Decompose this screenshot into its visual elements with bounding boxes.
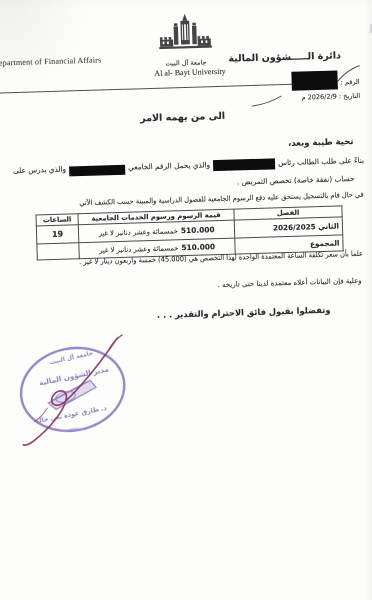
student-id-redaction-box (69, 164, 125, 176)
closing-line: وتفضلوا بقبول فائق الاحترام والتقدير . .… (157, 305, 331, 320)
ref-redaction-box (291, 70, 338, 90)
letter-title: الى من يهمه الامر (0, 107, 369, 129)
department-name-en: Department of Financial Affairs (0, 55, 102, 67)
total-amount: 510.000 (181, 242, 215, 252)
fee-amount-words: خمسمائة وعشر دنانير لا غير (98, 227, 178, 237)
department-name-ar: دائرة الـــــشؤون المالية (228, 50, 341, 64)
document-content: Department of Financial Affairs (0, 0, 372, 600)
total-hours-cell (37, 243, 79, 260)
university-castle-icon (157, 12, 214, 56)
body-line-2: حساب (نفقة خاصة) تخصص التمريض . (237, 174, 355, 186)
fee-amount: 510.000 (181, 225, 215, 235)
university-logo-block: جامعة آل البيت Al al- Bayt University (153, 12, 219, 78)
scanned-letter-page: Department of Financial Affairs (0, 0, 372, 600)
ref-date-block: الرقم : التاريخ : 2026/2/9 م (247, 69, 360, 103)
university-name-en: Al al- Bayt University (154, 67, 218, 78)
signature-icon (5, 333, 149, 459)
student-name-redaction-box (213, 158, 275, 171)
body-segment-2: والذي يحمل الرقم الجامعي (128, 160, 210, 171)
greeting-line: تحية طيبة وبعد، (288, 137, 354, 149)
hours-cell: 19 (36, 225, 79, 244)
ref-label: الرقم : (340, 69, 360, 87)
date-value: 2026/2/9 م (301, 92, 337, 101)
body-line-3: في حال قام بالتسجيل يستحق عليه دفع الرسو… (80, 190, 365, 207)
ref-line: الرقم : (247, 69, 360, 94)
body-segment-1: بناءً على طلب الطالب رئاس (278, 156, 364, 168)
body-segment-3: والذي يدرس على (13, 165, 66, 176)
total-amount-words: خمسمائة وعشر دنانير لا غير (99, 244, 179, 254)
stamp-signature-block: جامعة آل البيت مدير الشؤون المالية د. طا… (5, 333, 149, 459)
body-line-1: بناءً على طلب الطالب رئاس والذي يحمل الر… (13, 155, 364, 176)
confirmation-line: وعلية فإن البيانات أعلاه معتمدة لدينا حت… (217, 277, 361, 289)
date-label: التاريخ : (339, 92, 360, 101)
